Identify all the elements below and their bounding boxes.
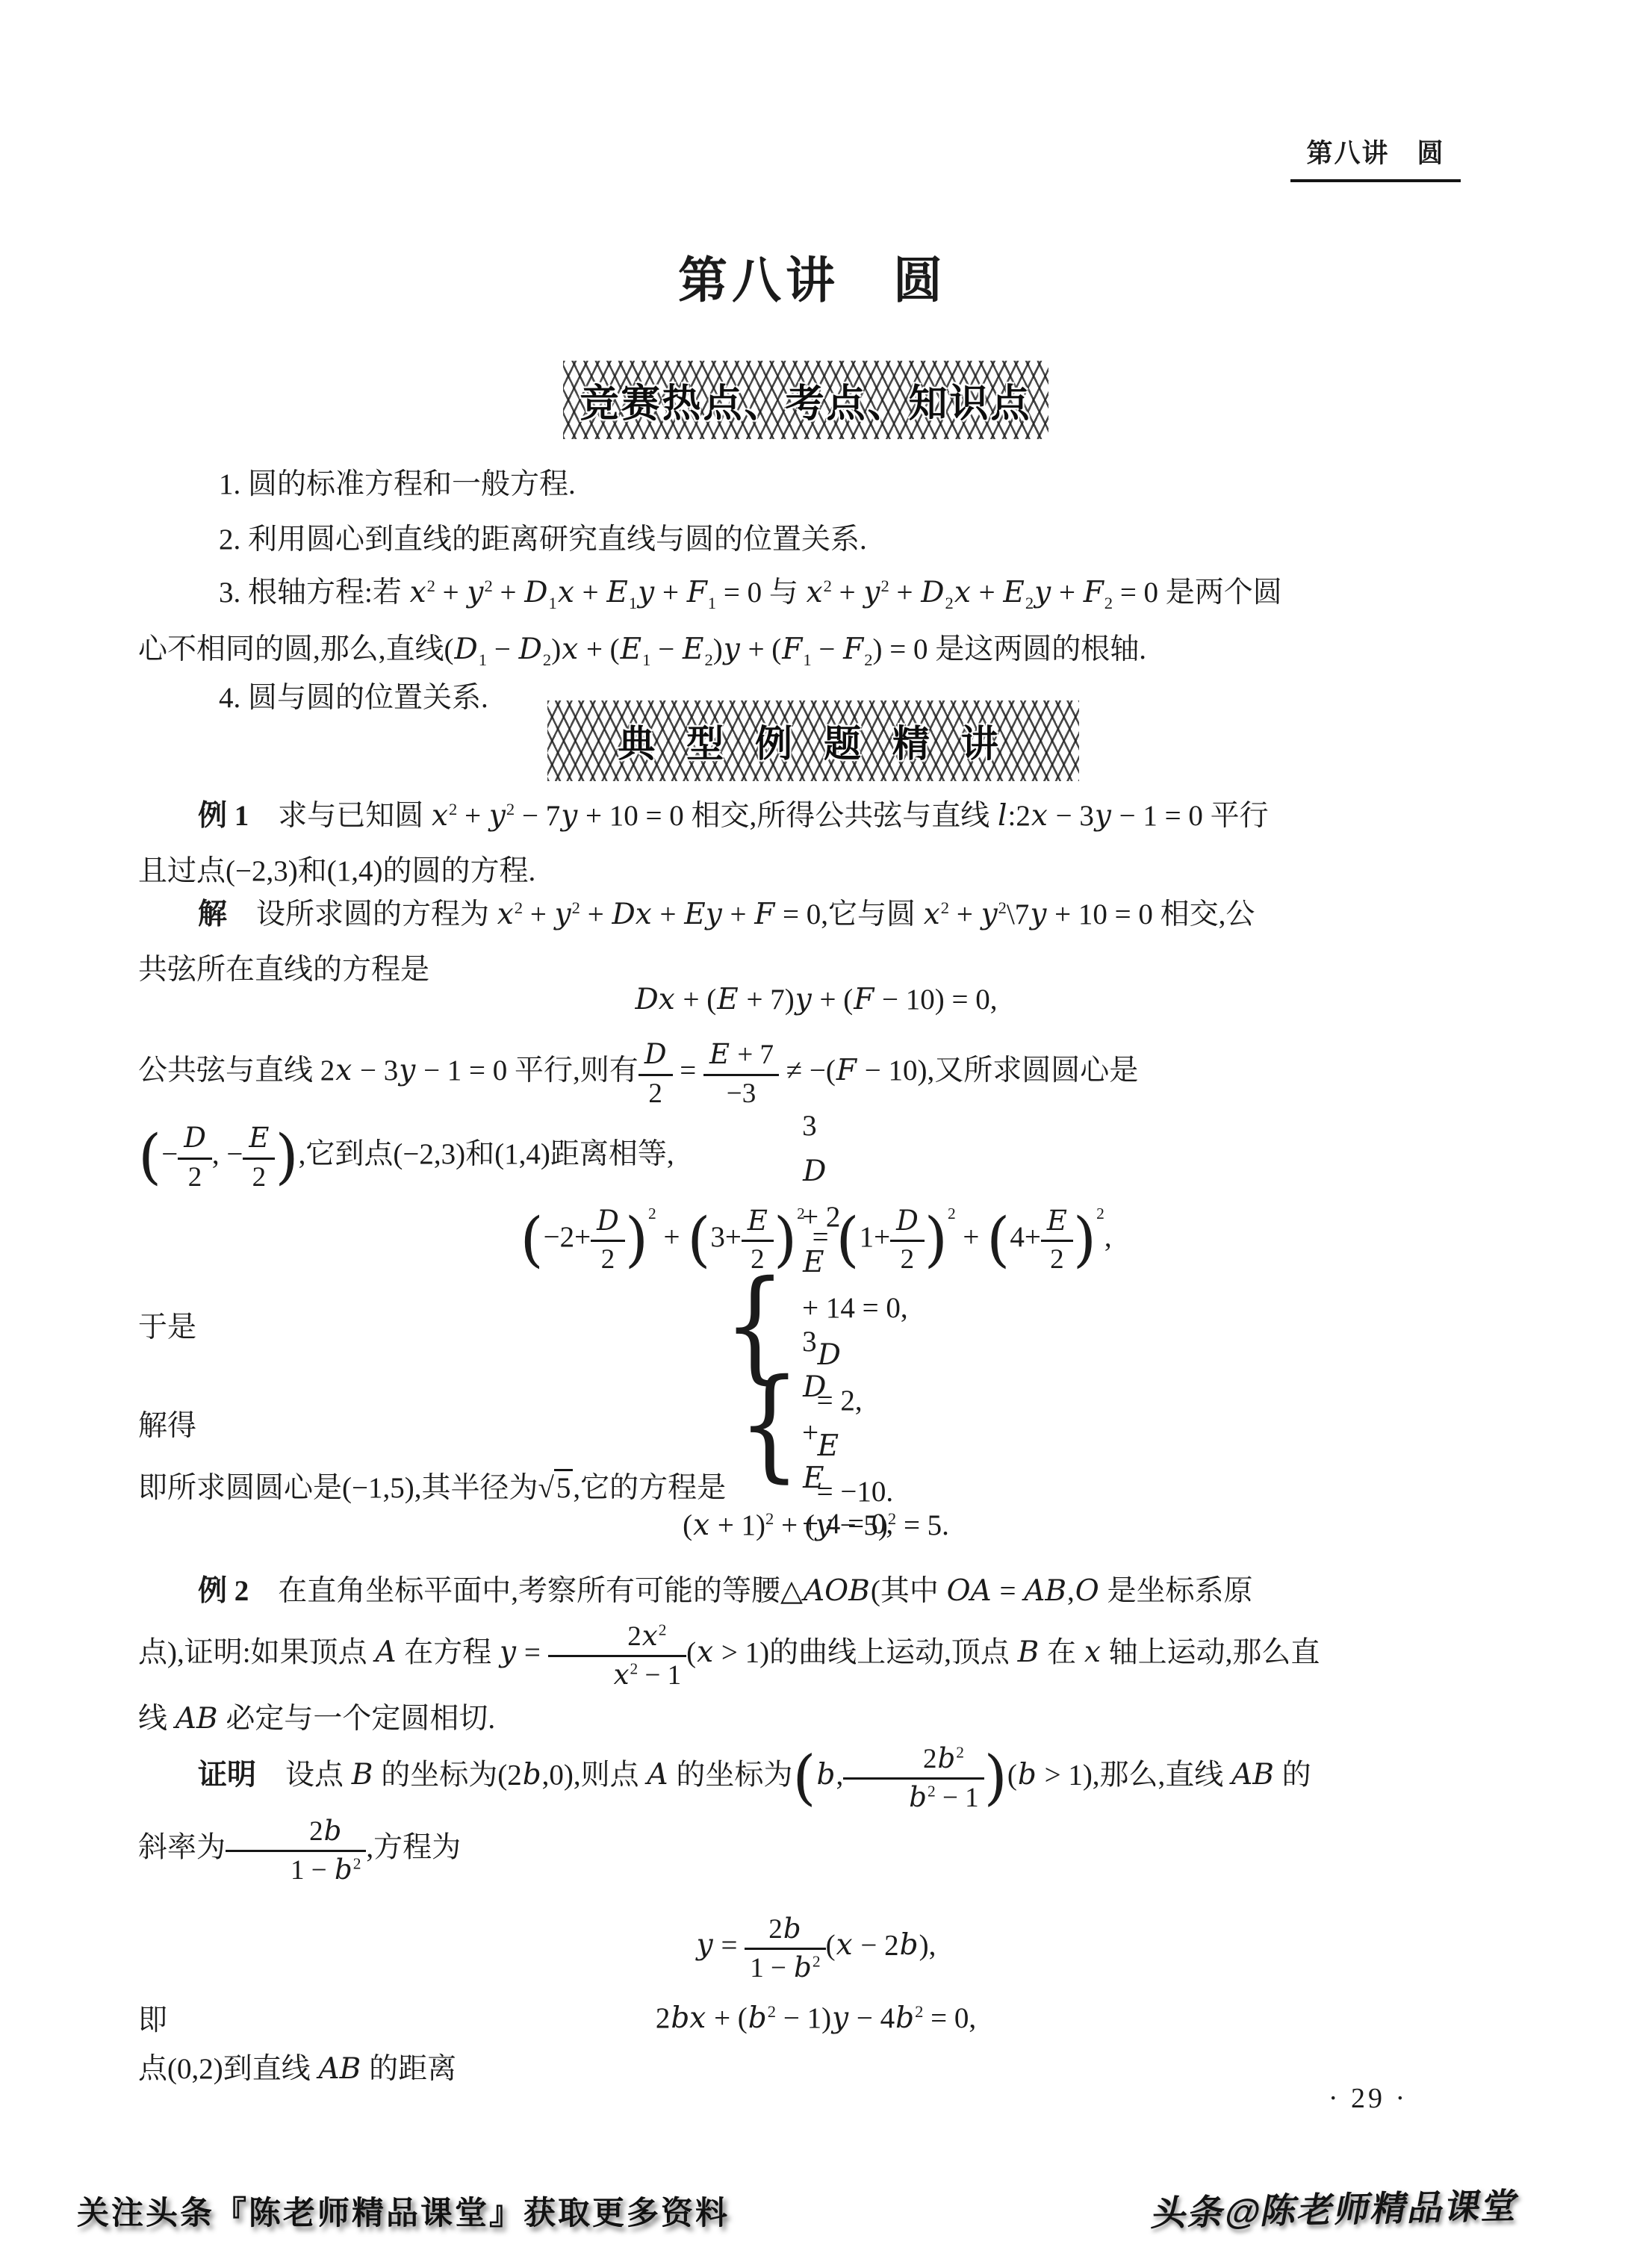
footer-promo-left: 关注头条『陈老师精品课堂』获取更多资料 <box>77 2188 730 2234</box>
example1-conclusion: 即所求圆圆心是(−1,5),其半径为√5,它的方程是 <box>138 1461 1527 1516</box>
example2-eq-line-general: 2bx + (b2 − 1)y − 4b2 = 0, <box>656 2001 976 2035</box>
knowledge-point-1: 1. 圆的标准方程和一般方程. <box>138 457 1527 512</box>
example1-eq-common-chord: Dx + (E + 7)y + (F − 10) = 0, <box>138 983 1494 1016</box>
example2-eq-line: y = 2b1 − b2(x − 2b), <box>138 1912 1494 1984</box>
section-banner-knowledge: 竞赛热点、考点、知识点 <box>563 361 1048 439</box>
running-header: 第八讲 圆 <box>1290 133 1461 182</box>
chapter-title: 第八讲 圆 <box>0 240 1625 311</box>
page-number: · 29 · <box>1278 2082 1458 2115</box>
example2-proof-intro: 证明 设点 B 的坐标为(2b,0),则点 A 的坐标为(b,2b2b2 − 1… <box>138 1742 1527 1886</box>
example1-solution-intro: 解 设所求圆的方程为 x2 + y2 + Dx + Ey + F = 0,它与圆… <box>138 887 1527 998</box>
section-banner-examples: 典 型 例 题 精 讲 <box>547 700 1079 781</box>
example1-eq-circle: (x + 1)2 + (y − 5)2 = 5. <box>138 1509 1494 1542</box>
example1-statement: 例 1 求与已知圆 x2 + y2 − 7y + 10 = 0 相交,所得公共弦… <box>138 789 1527 899</box>
example2-statement: 例 2 在直角坐标平面中,考察所有可能的等腰△AOB(其中 OA = AB,O … <box>138 1564 1527 1747</box>
knowledge-point-3: 3. 根轴方程:若 x2 + y2 + D1x + E1y + F1 = 0 与… <box>138 565 1527 678</box>
knowledge-point-2: 2. 利用圆心到直线的距离研究直线与圆的位置关系. <box>138 512 1527 568</box>
label-ie: 即 <box>138 1997 167 2039</box>
textbook-page: 第八讲 圆 第八讲 圆 竞赛热点、考点、知识点 1. 圆的标准方程和一般方程. … <box>0 0 1625 2268</box>
footer-watermark-right: 头条@陈老师精品课堂 <box>1149 2178 1525 2236</box>
section-banner-examples-text: 典 型 例 题 精 讲 <box>618 714 1008 768</box>
example2-eq-general-row: 即 2bx + (b2 − 1)y − 4b2 = 0, <box>138 1988 1494 2048</box>
section-banner-knowledge-text: 竞赛热点、考点、知识点 <box>580 372 1031 428</box>
label-thus: 于是 <box>138 1304 196 1346</box>
label-solve: 解得 <box>138 1402 196 1444</box>
